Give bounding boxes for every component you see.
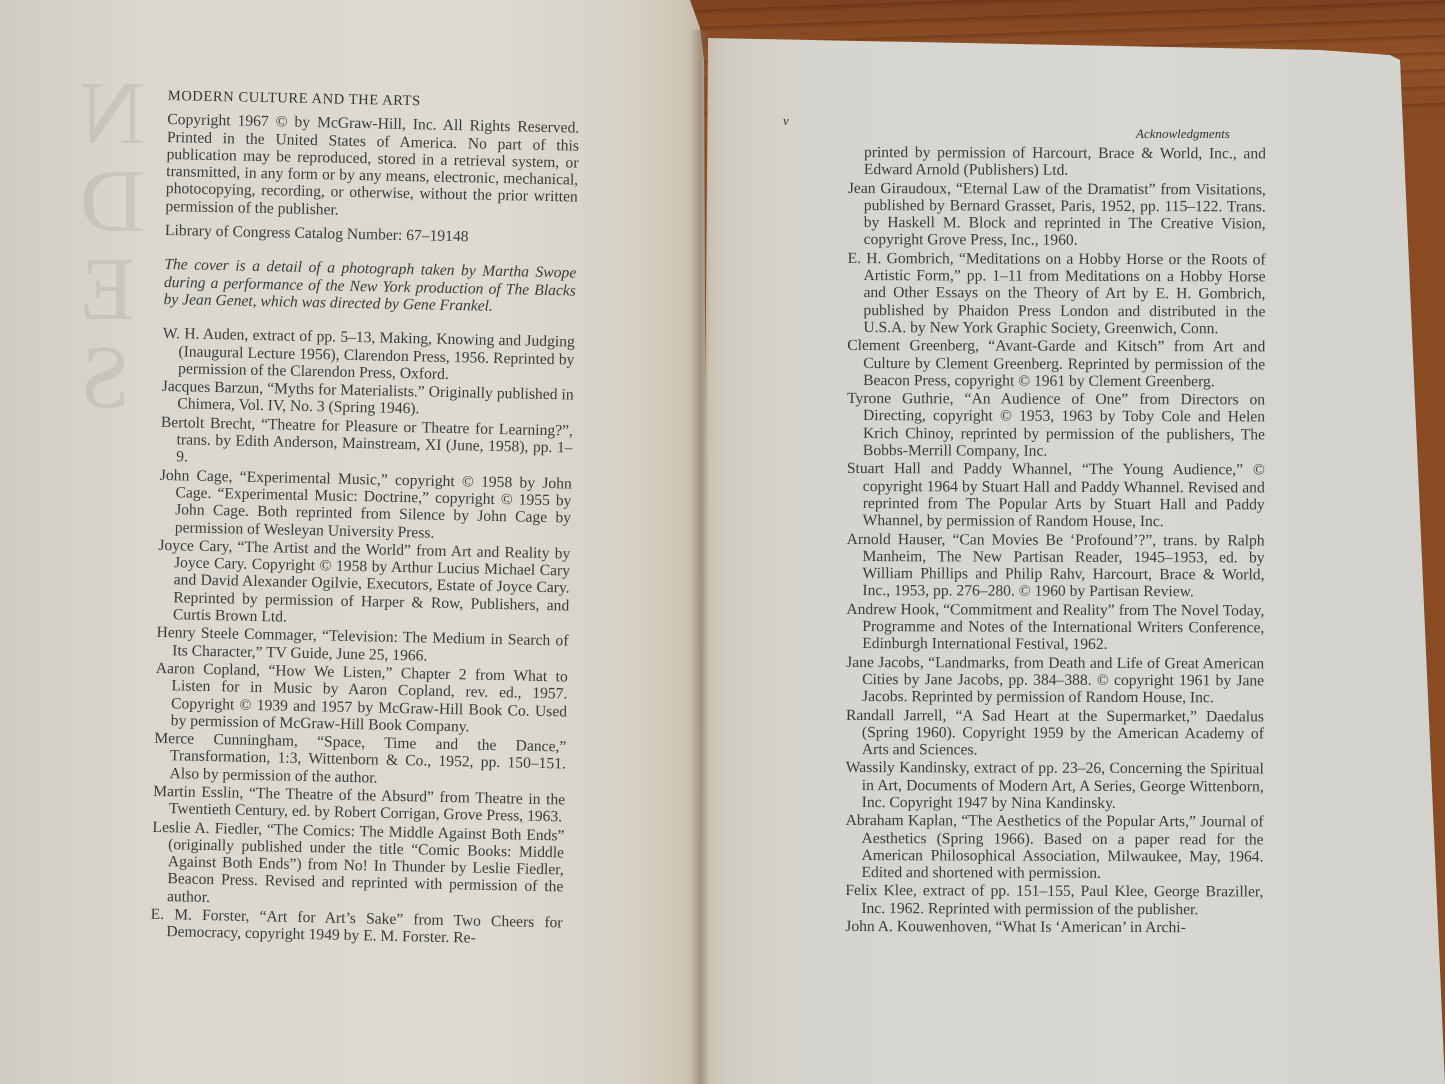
acknowledgment-entry: Randall Jarrell, “A Sad Heart at the Sup… — [846, 706, 1264, 759]
acknowledgment-entry: Jane Jacobs, “Landmarks, from Death and … — [846, 654, 1264, 707]
acknowledgment-entry: E. M. Forster, “Art for Art’s Sake” from… — [150, 906, 563, 949]
acknowledgment-entry: John A. Kouwenhoven, “What Is ‘American’… — [845, 918, 1263, 937]
acknowledgment-entry: Wassily Kandinsky, extract of pp. 23–26,… — [846, 759, 1264, 812]
acknowledgment-entry: Joyce Cary, “The Artist and the World” f… — [157, 537, 571, 632]
acknowledgment-entry: Tyrone Guthrie, “An Audience of One” fro… — [847, 390, 1265, 461]
running-head-right: Acknowledgments — [1136, 126, 1230, 142]
cover-note: The cover is a detail of a photograph ta… — [163, 256, 576, 317]
continued-entry: printed by permission of Harcourt, Brace… — [848, 144, 1266, 180]
show-through-text: NDES — [80, 70, 170, 422]
acknowledgment-entry: W. H. Auden, extract of pp. 5–13, Making… — [162, 325, 575, 386]
acknowledgment-entry: Clement Greenberg, “Avant-Garde and Kits… — [847, 337, 1265, 390]
acknowledgment-entry: John Cage, “Experimental Music,” copyrig… — [159, 467, 572, 545]
acknowledgment-entry: Stuart Hall and Paddy Whannel, “The Youn… — [847, 460, 1265, 531]
acknowledgment-entry: Aaron Copland, “How We Listen,” Chapter … — [155, 660, 568, 738]
acknowledgments-page-text: printed by permission of Harcourt, Brace… — [845, 144, 1266, 938]
acknowledgment-entry: Leslie A. Fiedler, “The Comics: The Midd… — [151, 818, 565, 913]
acknowledgment-entry: Jean Giraudoux, “Eternal Law of the Dram… — [848, 180, 1266, 251]
acknowledgment-entry: Merce Cunningham, “Space, Time and the D… — [153, 730, 566, 791]
acknowledgment-entry: E. H. Gombrich, “Meditations on a Hobby … — [847, 250, 1265, 338]
acknowledgment-entry: Arnold Hauser, “Can Movies Be ‘Profound’… — [846, 531, 1264, 602]
catalog-number: Library of Congress Catalog Number: 67–1… — [165, 222, 577, 248]
book-gutter — [690, 30, 710, 1084]
copyright-notice: Copyright 1967 © by McGraw-Hill, Inc. Al… — [165, 111, 579, 223]
page-number: v — [783, 113, 789, 129]
copyright-page-text: MODERN CULTURE AND THE ARTS Copyright 19… — [150, 88, 580, 950]
acknowledgment-entry: Bertolt Brecht, “Theatre for Pleasure or… — [160, 414, 573, 475]
acknowledgment-entry: Abraham Kaplan, “The Aesthetics of the P… — [845, 812, 1263, 883]
acknowledgment-entry: Felix Klee, extract of pp. 151–155, Paul… — [845, 882, 1263, 918]
acknowledgment-entry: Andrew Hook, “Commitment and Reality” fr… — [846, 601, 1264, 654]
